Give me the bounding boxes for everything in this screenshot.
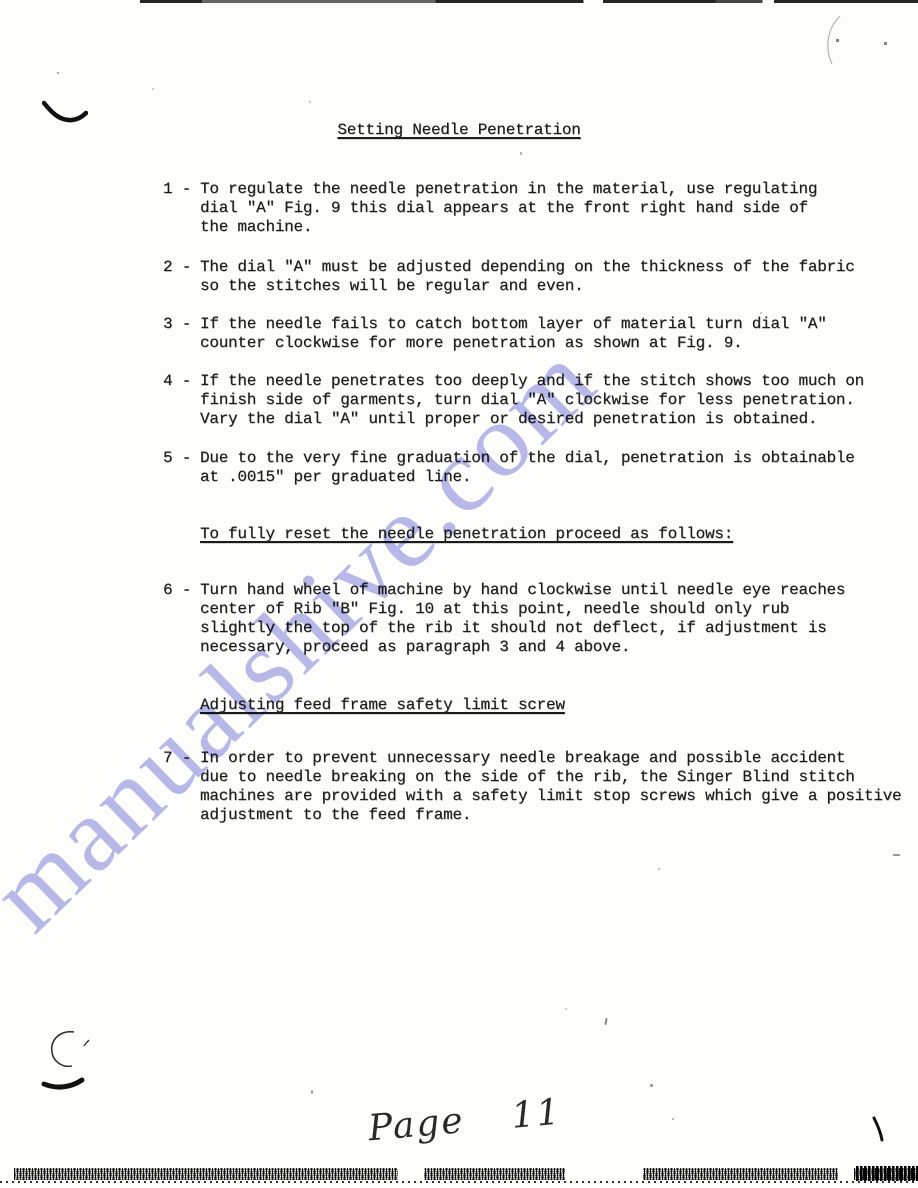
scan-top-edge-line	[140, 0, 918, 3]
scan-speck	[836, 39, 839, 42]
item-text: In order to prevent unnecessary needle b…	[200, 749, 918, 825]
item-text: Due to the very fine graduation of the d…	[200, 449, 918, 487]
list-item-5: 5 - Due to the very fine graduation of t…	[163, 449, 918, 487]
faint-curve-mark-icon	[812, 14, 846, 66]
item-text: If the needle fails to catch bottom laye…	[200, 315, 918, 353]
noise-band	[14, 1168, 918, 1180]
noise-dense-end	[856, 1166, 918, 1181]
scan-speck	[520, 152, 522, 155]
scan-speck	[57, 72, 59, 74]
item-number: 1 -	[163, 180, 191, 199]
list-item-1: 1 - To regulate the needle penetration i…	[163, 180, 918, 237]
pen-tick-mark-icon	[870, 1116, 886, 1142]
handwritten-page-number: Page 11	[367, 1092, 564, 1150]
item-number: 6 -	[163, 581, 191, 600]
item-text: If the needle penetrates too deeply and …	[200, 372, 918, 429]
item-text: To regulate the needle penetration in th…	[200, 180, 918, 237]
item-text: The dial "A" must be adjusted depending …	[200, 258, 918, 296]
scan-speck	[309, 101, 311, 103]
noise-gap	[838, 1166, 854, 1182]
pen-scribble-icon	[40, 1028, 116, 1094]
scan-speck	[760, 312, 762, 314]
list-item-4: 4 - If the needle penetrates too deeply …	[163, 372, 918, 429]
noise-gap	[398, 1166, 424, 1182]
item-number: 2 -	[163, 258, 191, 277]
scan-speck	[884, 42, 887, 45]
scan-speck	[604, 1018, 607, 1025]
scan-speck	[658, 868, 660, 870]
scan-speck	[152, 88, 154, 90]
list-item-2: 2 - The dial "A" must be adjusted depend…	[163, 258, 918, 296]
section-heading-reset: To fully reset the needle penetration pr…	[200, 525, 733, 544]
page-title: Setting Needle Penetration	[0, 121, 918, 140]
scan-speck	[650, 1084, 653, 1087]
list-item-7: 7 - In order to prevent unnecessary need…	[163, 749, 918, 825]
item-text: Turn hand wheel of machine by hand clock…	[200, 581, 918, 657]
list-item-6: 6 - Turn hand wheel of machine by hand c…	[163, 581, 918, 657]
noise-baseline	[0, 1181, 918, 1183]
item-number: 4 -	[163, 372, 191, 391]
item-number: 3 -	[163, 315, 191, 334]
pen-checkmark-icon	[42, 100, 88, 128]
scan-speck	[893, 854, 900, 856]
noise-gap	[565, 1166, 643, 1182]
page-title-text: Setting Needle Penetration	[337, 121, 580, 139]
scan-speck	[565, 1008, 567, 1010]
list-item-3: 3 - If the needle fails to catch bottom …	[163, 315, 918, 353]
item-number: 5 -	[163, 449, 191, 468]
scan-speck	[311, 1090, 313, 1094]
scan-noise-strip	[0, 1166, 918, 1186]
item-number: 7 -	[163, 749, 191, 768]
scan-speck	[672, 1118, 674, 1120]
section-heading-adjusting: Adjusting feed frame safety limit screw	[200, 696, 565, 715]
